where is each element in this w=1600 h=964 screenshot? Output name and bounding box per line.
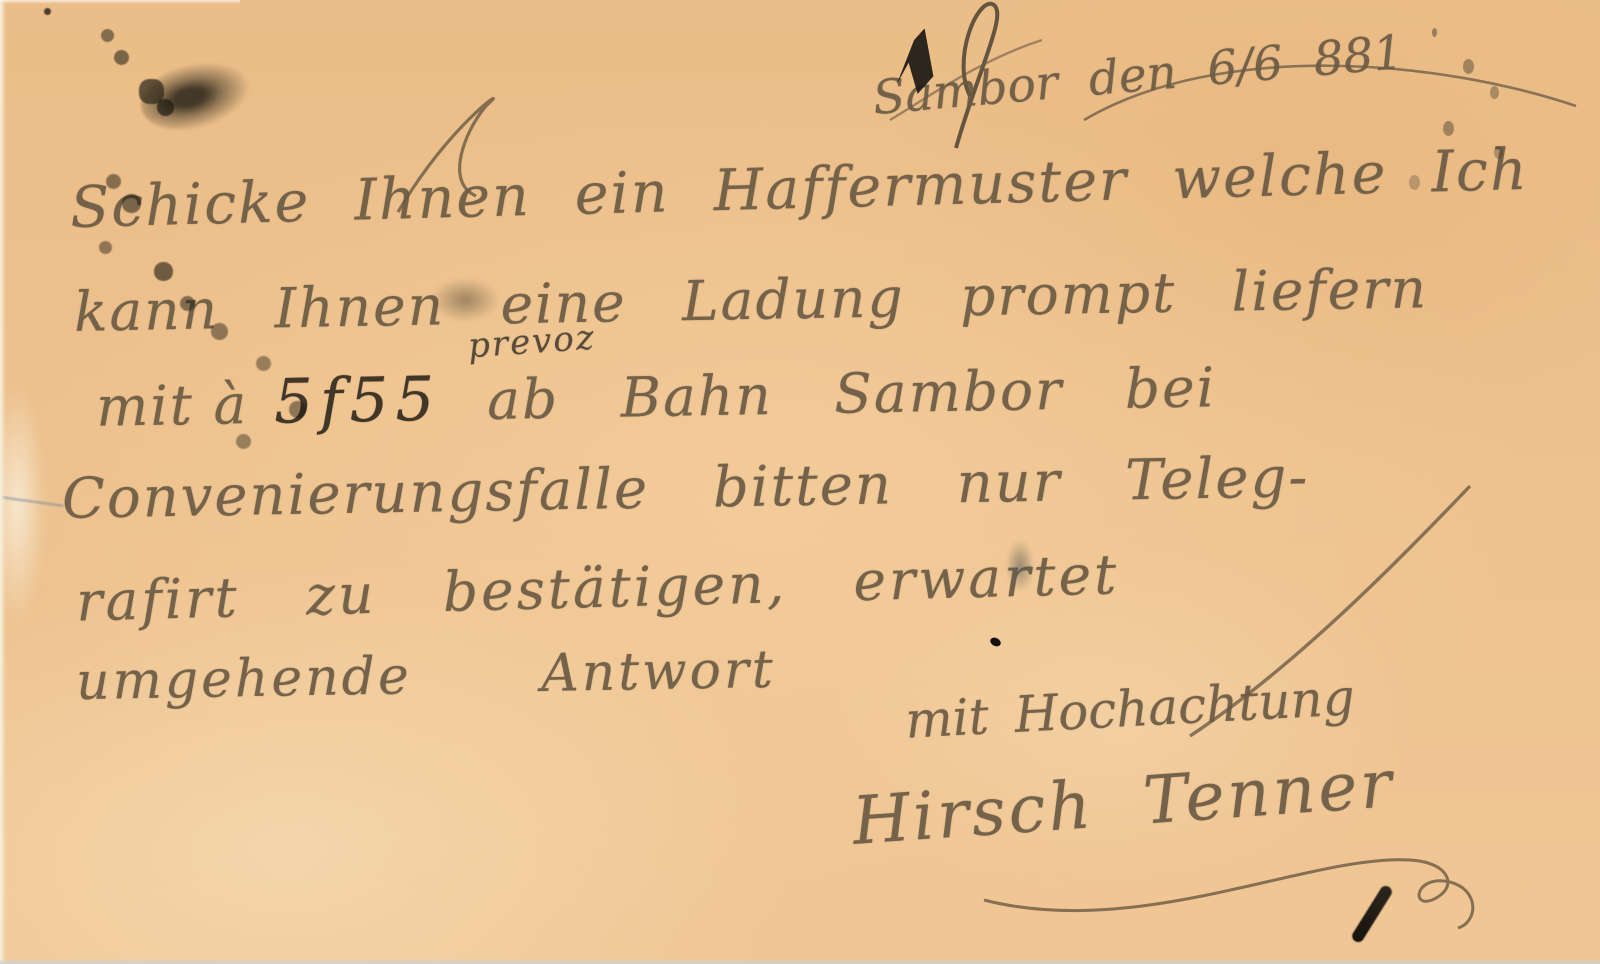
handwriting-line-3: mit à5f55ab Bahn Sambor bei: [95, 350, 1216, 441]
handwriting-line-1: Schicke Ihnen ein Haffermuster welche Ic…: [69, 137, 1529, 241]
specks-top-right: [1432, 28, 1437, 37]
handwriting-line-2: kann Ihnen eine Ladung prompt liefern: [74, 256, 1429, 344]
line-3-text: mit à: [96, 372, 249, 439]
scan-edge-left: [0, 0, 6, 964]
line-3-continuation: ab Bahn Sambor bei: [487, 355, 1217, 432]
price-figure: 5f55: [274, 364, 442, 438]
signature: Hirsch Tenner: [850, 745, 1397, 860]
blue-pencil-trace: [0, 496, 64, 508]
dark-ink-stroke-bottom-right: [1350, 884, 1394, 945]
ink-speckles-top-left: [44, 8, 51, 15]
postcard-scan: Sambor den 6/6 881 Schicke Ihnen ein Haf…: [0, 0, 1600, 964]
paper-scuff-left-edge: [0, 380, 46, 630]
handwriting-line-6: umgehende Antwort: [76, 640, 777, 712]
handwriting-line-4: Convenierungsfalle bitten nur Teleg-: [62, 445, 1310, 532]
ink-dot: [989, 636, 1002, 648]
postmark-smudge: [134, 52, 256, 141]
pen-flourish-signature: [980, 830, 1500, 950]
dateline: Sambor den 6/6 881: [871, 25, 1406, 126]
scan-edge-bottom: [0, 959, 1600, 964]
interline-annotation: prevoz: [467, 318, 597, 367]
closing-salutation: mit Hochachtung: [904, 668, 1356, 749]
handwriting-line-5: rafirt zu bestätigen, erwartet: [75, 542, 1120, 633]
scan-edge-top: [0, 0, 240, 4]
